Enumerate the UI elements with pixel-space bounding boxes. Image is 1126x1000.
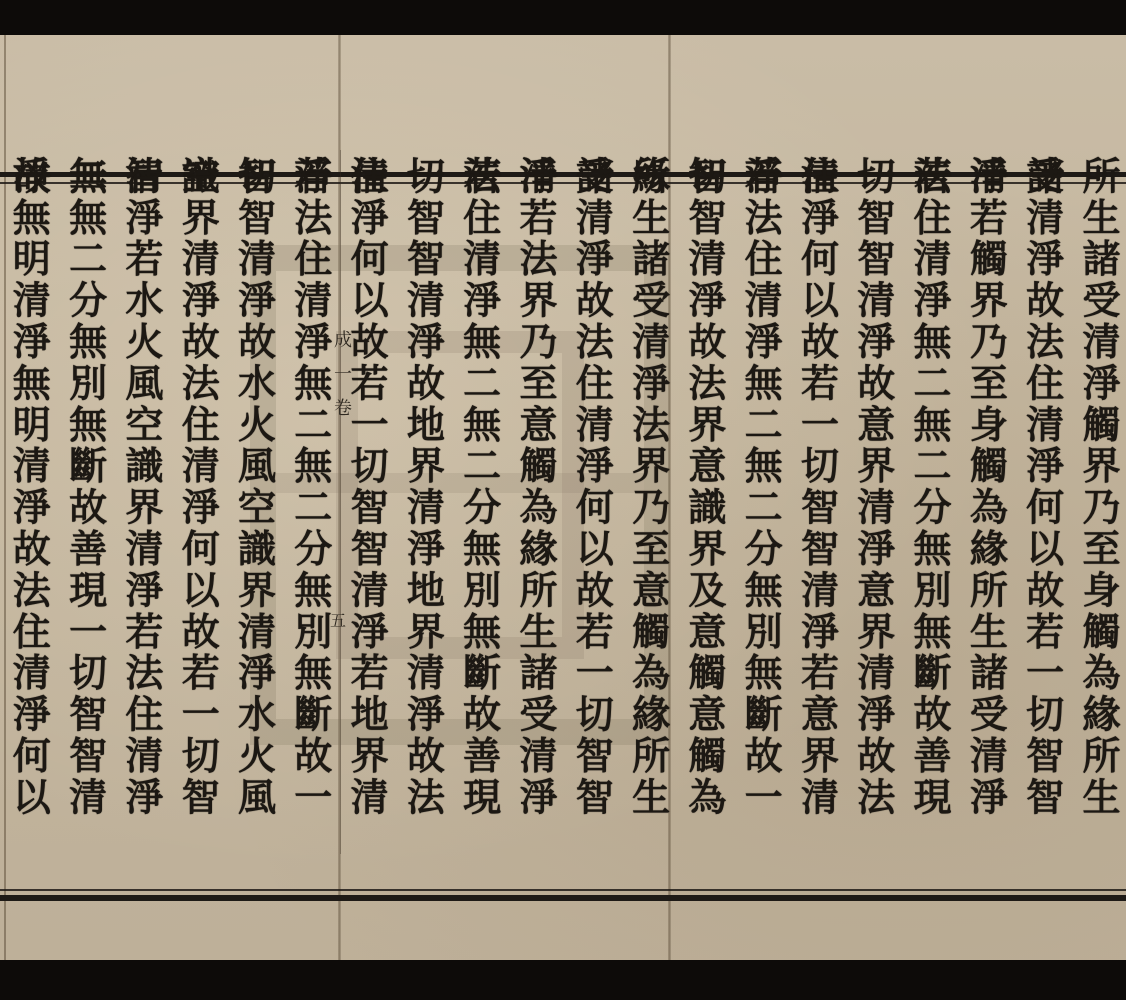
text-column: 清淨何以故若一切智智清淨若意界清淨 — [788, 150, 844, 854]
text-column: 所生諸受清淨法界乃至意觸為緣所生諸 — [619, 150, 675, 854]
text-column: 淨若法界乃至意觸為緣所生諸受清淨若 — [507, 150, 563, 854]
text-column: 故無明清淨無明清淨故法住清淨何以故 — [0, 150, 56, 854]
text-column: 若法住清淨無二無二分無別無斷故一切 — [732, 150, 788, 854]
text-column: 識界清淨故法住清淨何以故若一切智智 — [169, 150, 225, 854]
text-columns: 諸 所生諸受清淨觸界乃至身觸為緣所生諸 受清淨故法住清淨何以故若一切智智清 淨若… — [0, 150, 1126, 854]
text-column: 淨若觸界乃至身觸為緣所生諸受清淨若 — [957, 150, 1013, 854]
text-column: 所生諸受清淨觸界乃至身觸為緣所生諸 — [1070, 150, 1126, 854]
text-column: 切智智清淨故地界清淨地界清淨故法住 — [394, 150, 450, 854]
bottom-border-rule — [0, 895, 1126, 901]
text-column: 受清淨故法住清淨何以故若一切智智清 — [1013, 150, 1069, 854]
bottom-inner-rule — [0, 889, 1126, 891]
scan-border-bottom — [0, 960, 1126, 1000]
text-column: 受清淨故法住清淨何以故若一切智智清 — [563, 150, 619, 854]
text-column: 二無二分無別無斷故善現一切智智清淨 — [56, 150, 112, 854]
text-column: 若法住清淨無二無二分無別無斷故一切 — [281, 150, 337, 854]
text-column: 法住清淨無二無二分無別無斷故善現一 — [901, 150, 957, 854]
text-column: 法住清淨無二無二分無別無斷故善現一 — [450, 150, 506, 854]
text-column: 清淨何以故若一切智智清淨若地界清淨 — [338, 150, 394, 854]
text-column: 智智清淨故法界意識界及意觸意觸為緣 — [676, 150, 732, 854]
text-column: 智智清淨故水火風空識界清淨水火風空 — [225, 150, 281, 854]
scan-border-top — [0, 0, 1126, 35]
text-column: 切智智清淨故意界清淨意界清淨故法住 — [844, 150, 900, 854]
text-column: 清淨若水火風空識界清淨若法住清淨無 — [113, 150, 169, 854]
